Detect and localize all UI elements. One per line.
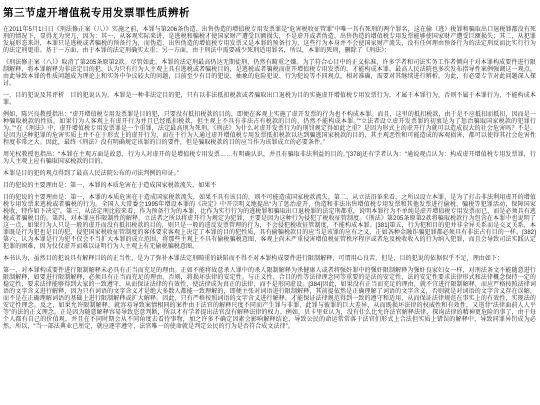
paragraph: 例如，陈兴良教授指出：“虚开增值税专用发票罪是目的犯，只要没有抵扣税款的目的，即… xyxy=(3,112,536,147)
paragraph: 本书认为，虽然目的犯说具有解释目的的正当性，是为了弥补本罪法定刑畸重的缺陷而不得… xyxy=(3,256,536,263)
paragraph: 《刑法修正案（八）》取消了第205条原第2款。尽管如此，本罪的法定刑最高仍达无期… xyxy=(3,60,536,88)
paragraph: 在2011年5月1日日《刑法修正案（八）》实施之前，本罪与第206条伪造、出售伪… xyxy=(3,27,536,55)
page-title: 第三节虚开增值税专用发票罪性质辨析 xyxy=(3,5,536,20)
paragraph: 目的犯说的主要理由是：第一，本罪的本质危害在于造成国家税款流失，如果不具有该目的… xyxy=(3,195,536,251)
document-page: 第三节虚开增值税专用发票罪性质辨析 在2011年5月1日日《刑法修正案（八）》实… xyxy=(0,0,540,405)
paragraph: 本罪是目的犯的观点得到了最高人民法院公布的司法判例的印证。” xyxy=(3,171,536,178)
paragraph: 目的犯说的主要理由是：第一，本罪的本质危害在于造成国家税款流失，如果不 xyxy=(3,183,536,190)
paragraph: 第一，对本罪构成要件进行限制解释未必具有正当而充足的理由。正如不能将故意杀人罪中… xyxy=(3,268,536,331)
paragraph: 一、目的犯说及其评析 目的犯说认为，本罪是一种非法定目的犯，只有以非法抵扣税款或… xyxy=(3,93,536,107)
document-body: 在2011年5月1日日《刑法修正案（八）》实施之前，本罪与第206条伪造、出售伪… xyxy=(3,27,536,331)
paragraph: 周光权教授也指出：“本罪在主观方面是故意，行为人对虚开的是增值税专用发票……有明… xyxy=(3,152,536,166)
